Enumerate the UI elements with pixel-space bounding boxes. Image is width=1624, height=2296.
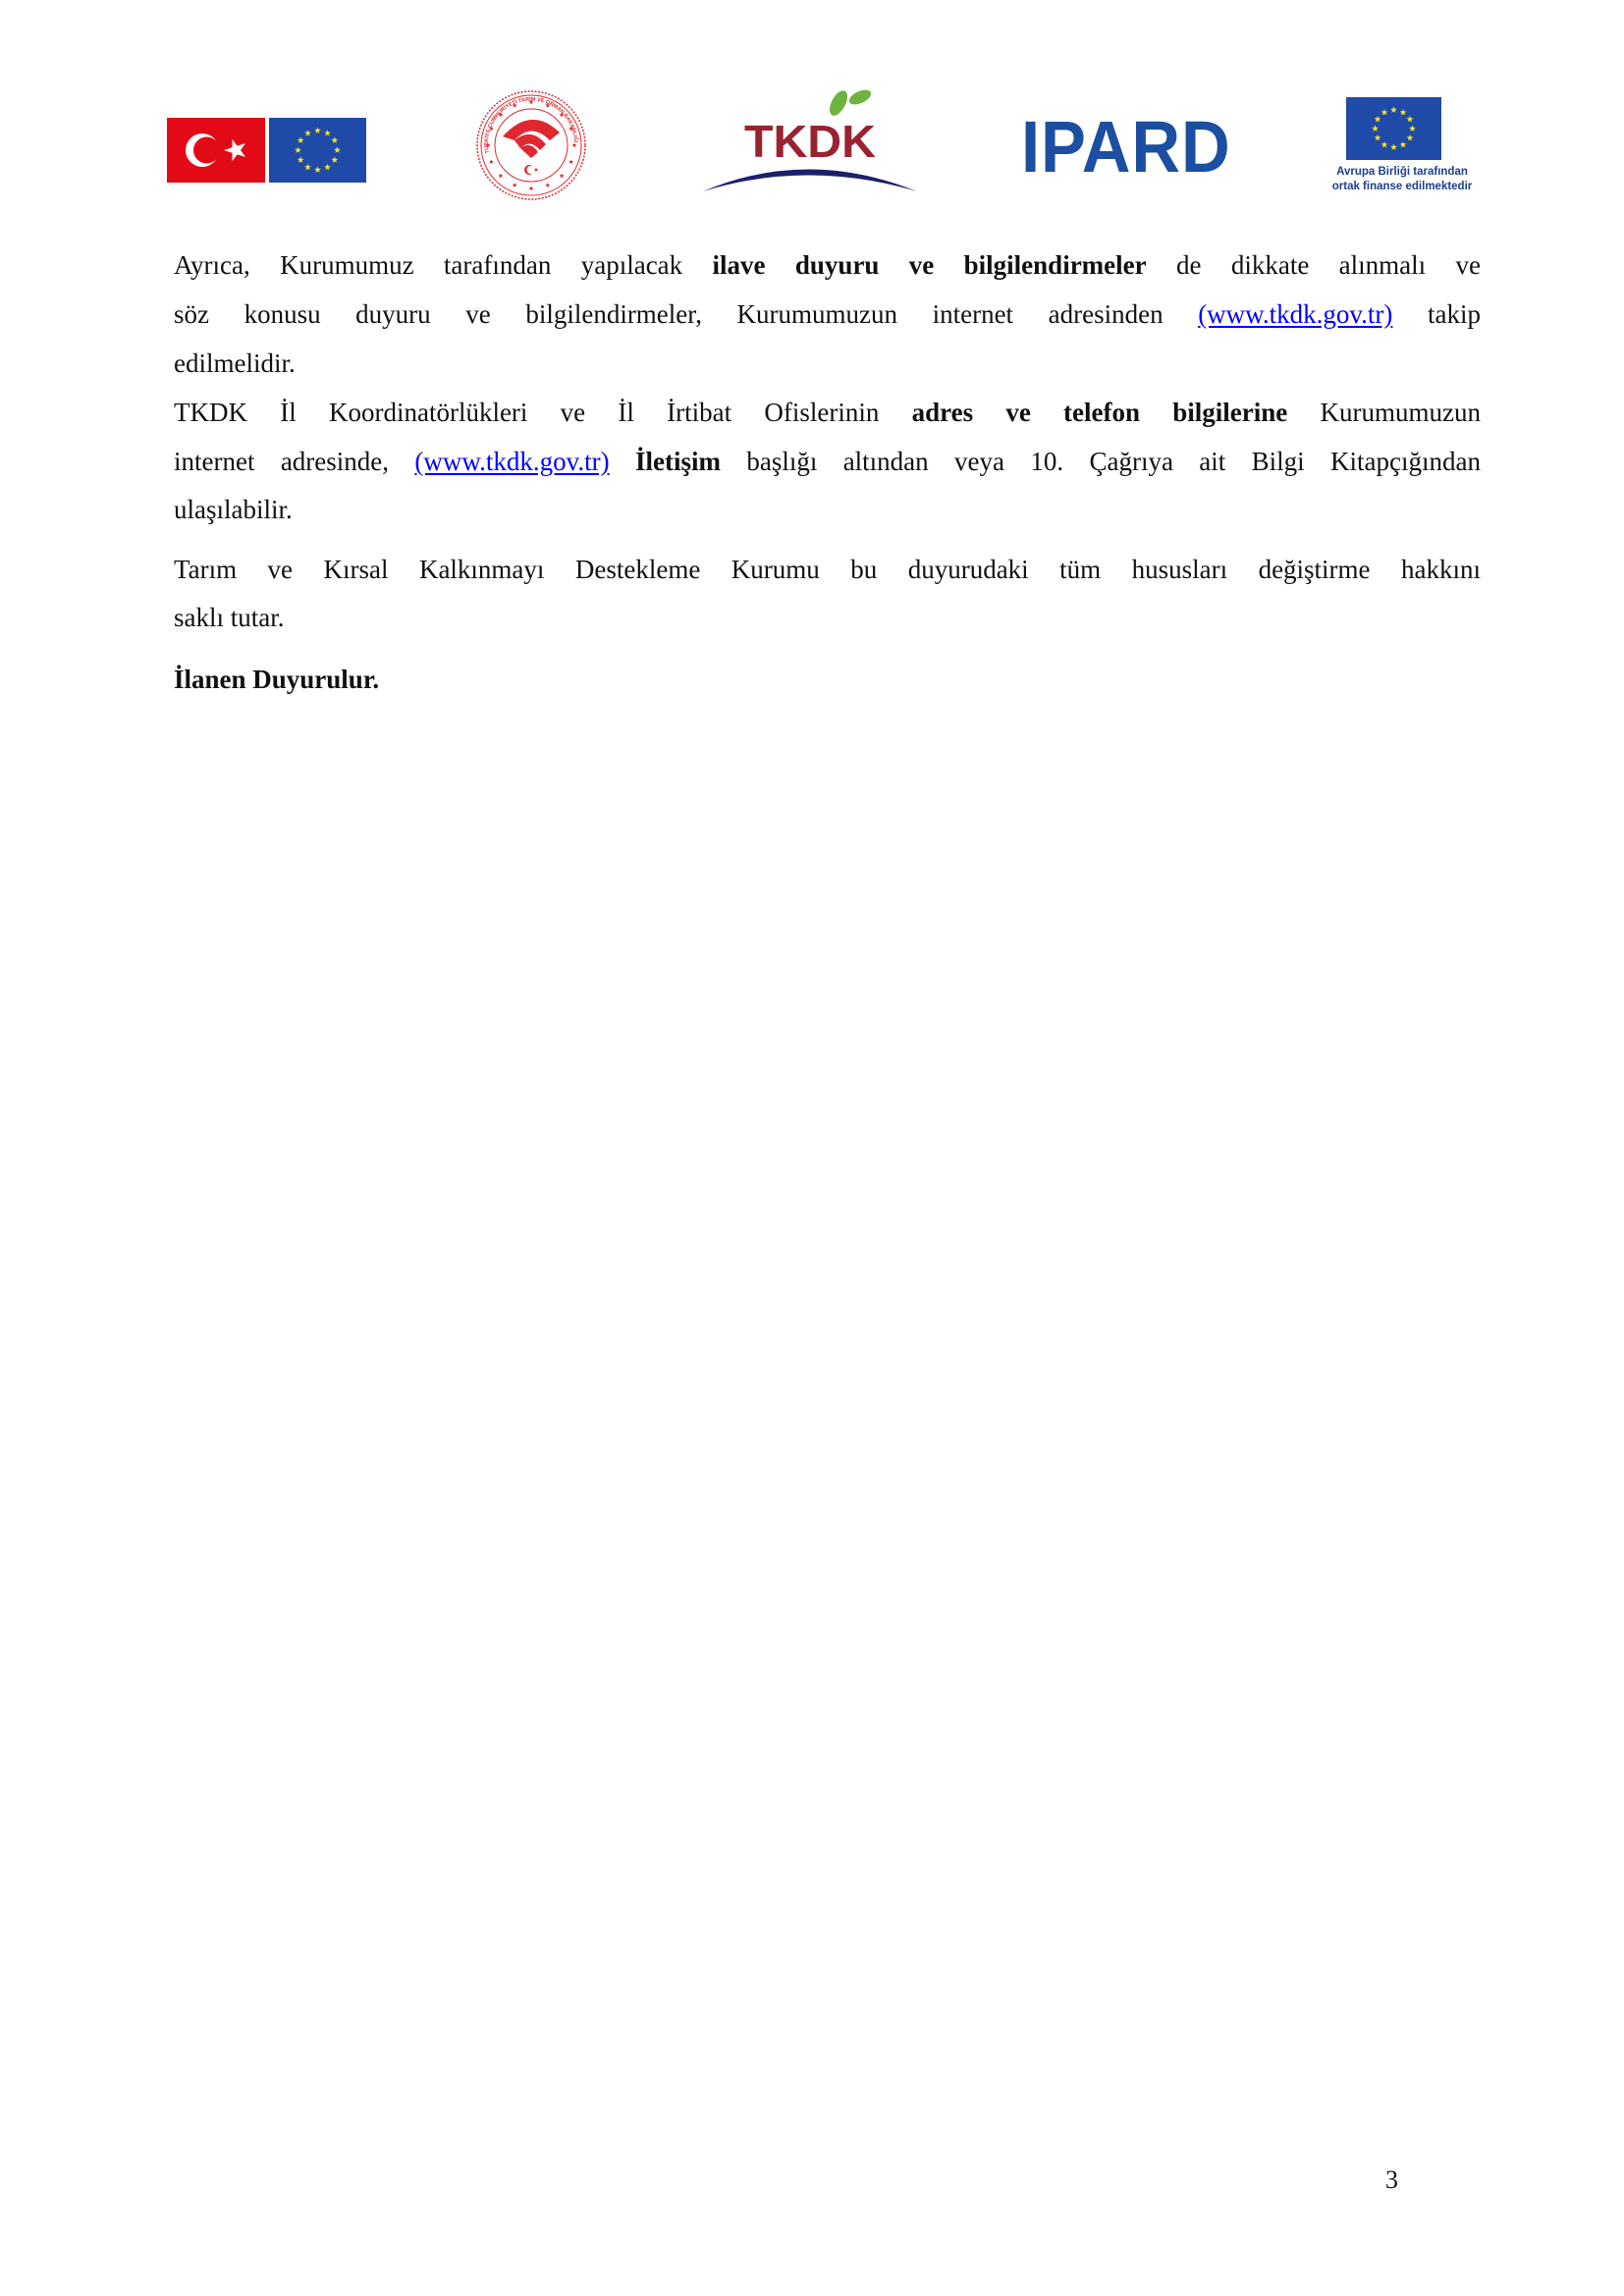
tkdk-website-link[interactable]: (www.tkdk.gov.tr) [414,447,609,476]
text-line: TKDK İl Koordinatörlükleri ve İl İrtibat… [174,397,1481,428]
text-line: Tarım ve Kırsal Kalkınmayı Destekleme Ku… [174,554,1481,585]
text-line: ulaşılabilir. [174,494,1481,525]
emphasis: ilave duyuru ve bilgilendirmeler [713,250,1147,280]
tkdk-logo-icon: TKDK [699,86,923,196]
emphasis: adres ve telefon bilgilerine [912,398,1288,427]
eu-cofinance-caption: Avrupa Birliği tarafından ortak finanse … [1314,165,1490,194]
eu-stars-icon [269,118,366,183]
text-line: internet adresinde, (www.tkdk.gov.tr) İl… [174,446,1481,477]
ipard-logo: IPARD [1021,111,1231,184]
emphasis: İletişim [610,447,721,476]
ministry-seal-logo: TÜRKİYE CUMHURİYETİ TARIM VE ORMAN BAKAN… [475,89,587,201]
crescent-star-icon [167,118,265,183]
text-line: edilmelidir. [174,347,1481,379]
eu-cofinance-flag [1346,97,1441,160]
eu-stars-icon [1346,97,1441,160]
eu-flag-logo [269,118,366,183]
closing-statement: İlanen Duyurulur. [174,664,1481,695]
turkish-flag-logo [167,118,265,183]
page-number: 3 [1385,2165,1398,2195]
text-line: saklı tutar. [174,602,1481,633]
tkdk-website-link[interactable]: (www.tkdk.gov.tr) [1198,299,1392,329]
ministry-seal-icon: TÜRKİYE CUMHURİYETİ TARIM VE ORMAN BAKAN… [475,89,587,201]
tkdk-logo: TKDK [699,86,923,196]
svg-text:TKDK: TKDK [744,116,876,167]
text-line: söz konusu duyuru ve bilgilendirmeler, K… [174,298,1481,330]
text-line: Ayrıca, Kurumumuz tarafından yapılacak i… [174,249,1481,281]
